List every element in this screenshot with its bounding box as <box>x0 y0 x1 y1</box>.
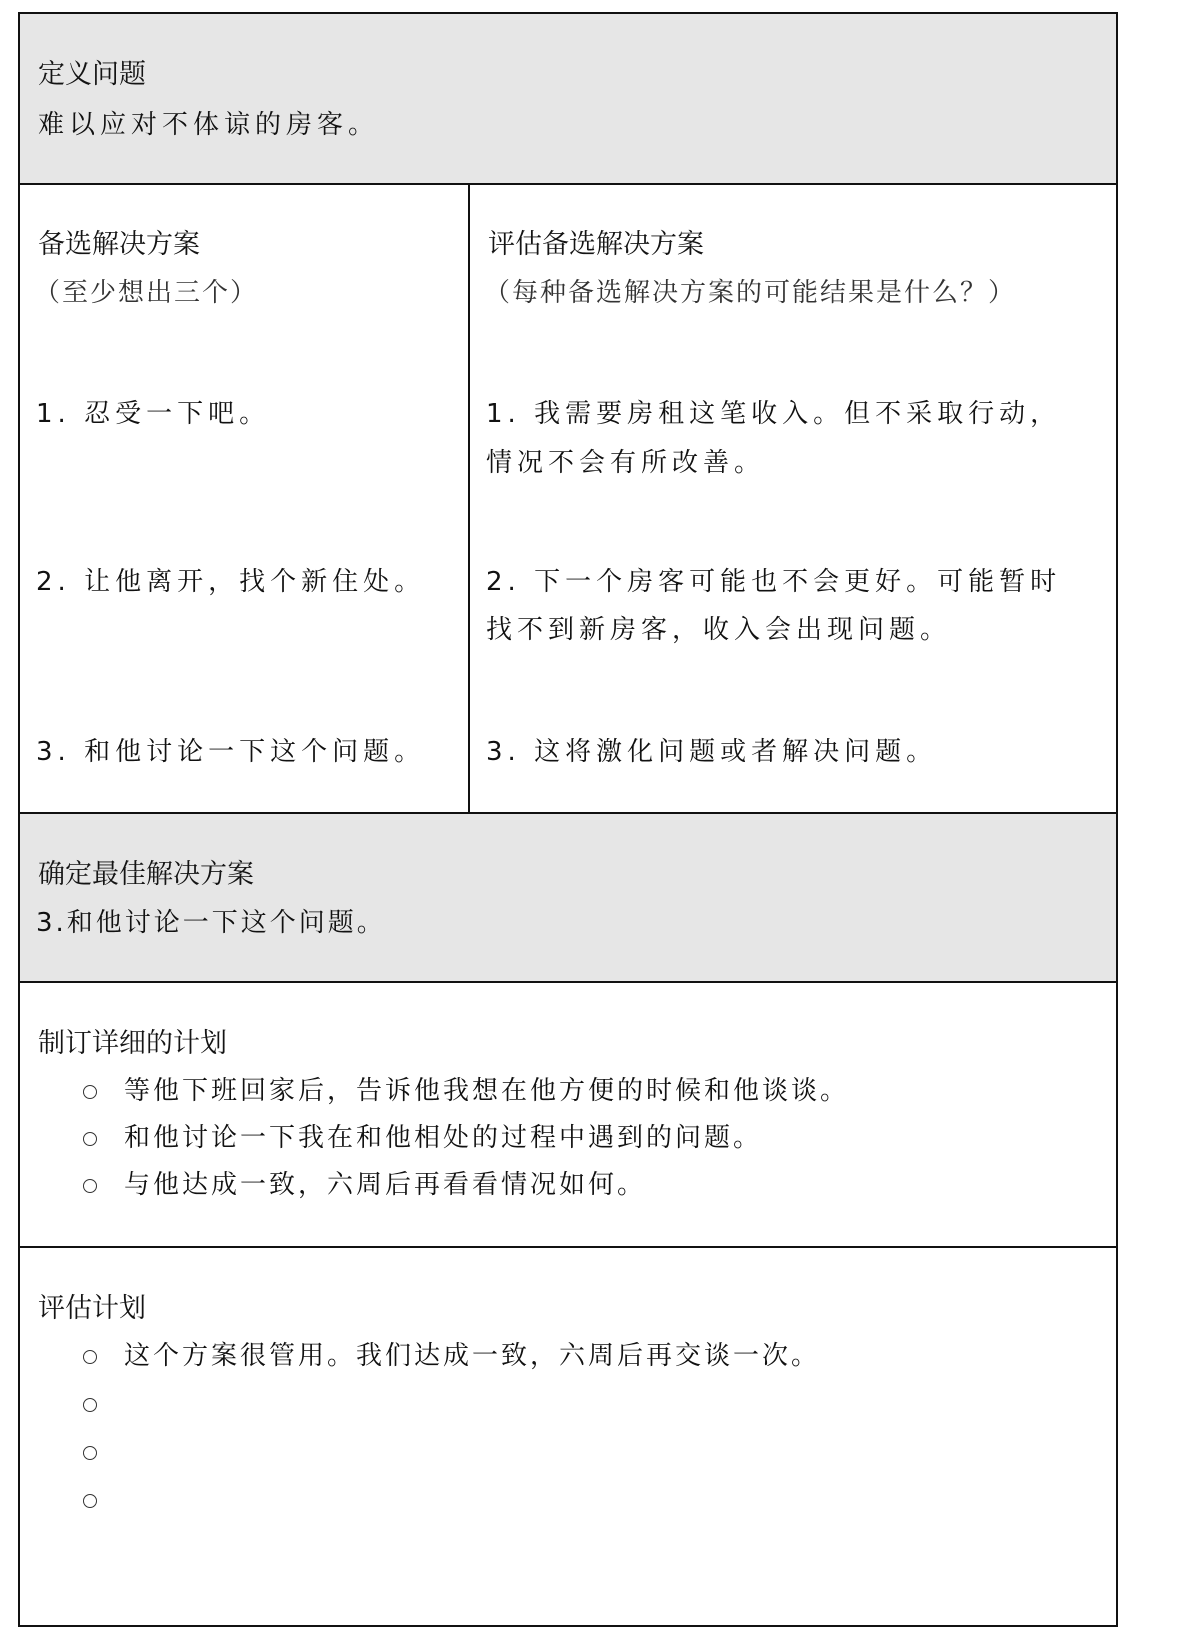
best-solution-title: 确定最佳解决方案 <box>38 858 254 892</box>
plan-item-text: 和他讨论一下我在和他相处的过程中遇到的问题。 <box>124 1121 762 1155</box>
evaluate-alternatives-subtitle: （每种备选解决方案的可能结果是什么？） <box>484 276 1016 310</box>
evaluation-item-1-line-1: 1. 我需要房租这笔收入。但不采取行动， <box>486 397 1061 431</box>
evaluation-item-2-line-2: 找不到新房客，收入会出现问题。 <box>486 613 951 647</box>
best-solution-text: 3.和他讨论一下这个问题。 <box>36 906 386 940</box>
evaluation-item-3-line-1: 3. 这将激化问题或者解决问题。 <box>486 735 937 769</box>
plan-item-text: 等他下班回家后，告诉他我想在他方便的时候和他谈谈。 <box>124 1074 849 1108</box>
alternative-item-1: 1. 忍受一下吧。 <box>36 397 270 431</box>
alternative-item-2: 2. 让他离开，找个新住处。 <box>36 565 425 599</box>
bullet-circle-icon <box>83 1446 97 1460</box>
evaluate-alternatives-title: 评估备选解决方案 <box>488 228 704 262</box>
bullet-circle-icon <box>83 1132 97 1146</box>
problem-solving-worksheet: 定义问题 难以应对不体谅的房客。 备选解决方案 （至少想出三个） 1. 忍受一下… <box>18 12 1118 1627</box>
bullet-circle-icon <box>83 1350 97 1364</box>
alternatives-title: 备选解决方案 <box>38 228 200 262</box>
best-solution-section: 确定最佳解决方案 3.和他讨论一下这个问题。 <box>20 812 1116 981</box>
evaluation-item-1-line-2: 情况不会有所改善。 <box>486 446 765 480</box>
define-problem-text: 难以应对不体谅的房客。 <box>38 108 379 142</box>
bullet-circle-icon <box>83 1179 97 1193</box>
evaluate-plan-section: 评估计划 这个方案很管用。我们达成一致，六周后再交谈一次。 <box>20 1246 1116 1625</box>
define-problem-section: 定义问题 难以应对不体谅的房客。 <box>20 14 1116 183</box>
detailed-plan-title: 制订详细的计划 <box>38 1027 227 1061</box>
bullet-circle-icon <box>83 1398 97 1412</box>
evaluate-plan-title: 评估计划 <box>38 1292 146 1326</box>
evaluation-item-text: 这个方案很管用。我们达成一致，六周后再交谈一次。 <box>124 1339 820 1373</box>
bullet-circle-icon <box>83 1494 97 1508</box>
detailed-plan-section: 制订详细的计划 等他下班回家后，告诉他我想在他方便的时候和他谈谈。 和他讨论一下… <box>20 981 1116 1246</box>
evaluation-item-2-line-1: 2. 下一个房客可能也不会更好。可能暂时 <box>486 565 1061 599</box>
alternative-item-3: 3. 和他讨论一下这个问题。 <box>36 735 425 769</box>
alternatives-subtitle: （至少想出三个） <box>34 276 258 310</box>
alternatives-section: 备选解决方案 （至少想出三个） 1. 忍受一下吧。 2. 让他离开，找个新住处。… <box>20 183 1116 812</box>
column-divider <box>468 185 470 812</box>
bullet-circle-icon <box>83 1085 97 1099</box>
plan-item-text: 与他达成一致，六周后再看看情况如何。 <box>124 1168 646 1202</box>
define-problem-title: 定义问题 <box>38 58 146 92</box>
